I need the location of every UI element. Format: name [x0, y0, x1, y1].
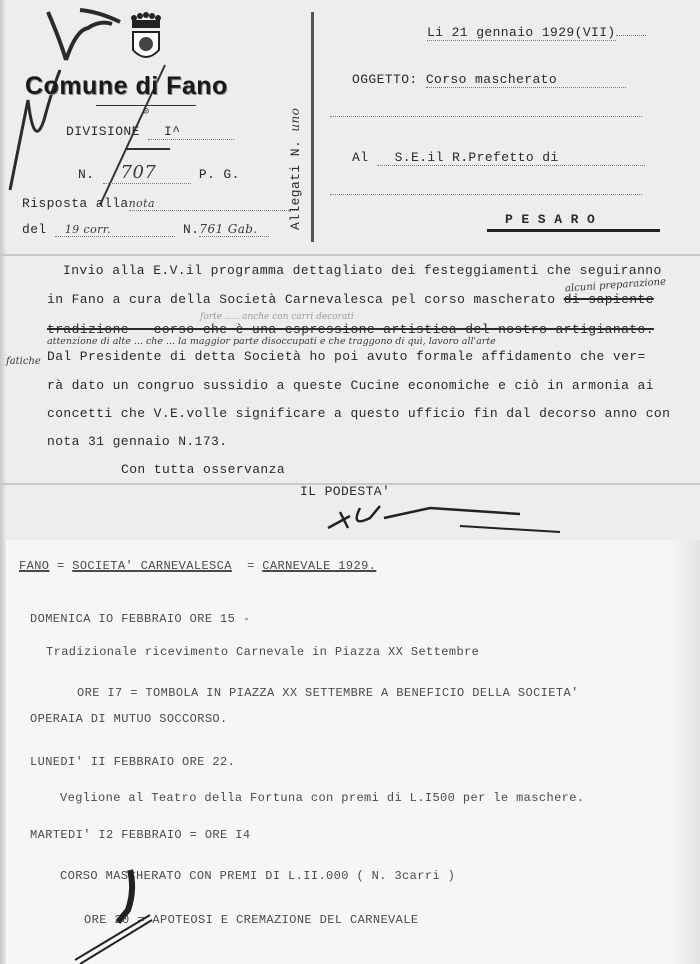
body-line-2: in Fano a cura della Società Carnevalesc…	[47, 292, 654, 307]
event-day: LUNEDI' II FEBBRAIO ORE 22.	[30, 755, 235, 769]
body-line-6: rà dato un congruo sussidio a queste Cuc…	[47, 378, 654, 393]
attachments-label: Allegati N. uno	[288, 108, 303, 230]
event-line: ORE I7 = TOMBOLA IN PIAZZA XX SETTEMBRE …	[77, 686, 579, 700]
event-line: Tradizionale ricevimento Carnevale in Pi…	[46, 645, 479, 659]
header-separator	[311, 12, 314, 242]
body-line-1: Invio alla E.V.il programma dettagliato …	[63, 263, 662, 278]
fold-line	[0, 254, 700, 256]
event-line: OPERAIA DI MUTUO SOCCORSO.	[30, 712, 228, 726]
body-line-5: Dal Presidente di detta Società ho poi a…	[47, 349, 646, 364]
date-line: Li 21 gennaio 1929(VII)	[427, 25, 646, 41]
municipality-title: Comune di Fano	[25, 72, 228, 101]
program-heading: FANO = SOCIETA' CARNEVALESCA = CARNEVALE…	[19, 559, 376, 573]
ink-blot-mark	[70, 860, 160, 964]
reply-row: Risposta allanota	[22, 196, 299, 211]
recipient-city: P E S A R O	[487, 212, 660, 232]
blank-line	[330, 116, 642, 117]
ornament-icon: ⊙	[143, 106, 149, 118]
blank-line	[330, 194, 642, 195]
body-line-8: nota 31 gennaio N.173.	[47, 434, 227, 449]
divider	[125, 148, 170, 150]
signature-title: IL PODESTA'	[300, 484, 390, 499]
of-date: 19 corr.	[55, 223, 175, 237]
of-row: del 19 corr. N.761 Gab.	[22, 222, 269, 237]
protocol-row: N. 707 P. G.	[78, 162, 240, 184]
of-number: 761 Gab.	[199, 222, 269, 237]
margin-note: fatiche	[6, 356, 41, 367]
struck-text: di sapiente	[564, 292, 654, 307]
event-line: Veglione al Teatro della Fortuna con pre…	[60, 791, 584, 805]
event-day: MARTEDI' I2 FEBBRAIO = ORE I4	[30, 828, 250, 842]
recipient-value: S.E.il R.Prefetto di	[377, 150, 645, 166]
subject-row: OGGETTO: Corso mascherato	[352, 72, 626, 88]
body-line-7: concetti che V.E.volle significare a que…	[47, 406, 670, 421]
struck-line: tradizione - corso che è una espressione…	[47, 322, 654, 337]
protocol-number: 707	[103, 162, 191, 184]
pencil-insertion: forte ..... anche con carri decorati	[200, 312, 354, 322]
signature	[320, 498, 570, 538]
division-row: DIVISIONE I^	[66, 124, 234, 140]
event-day: DOMENICA IO FEBBRAIO ORE 15 -	[30, 612, 250, 626]
division-value: I^	[148, 124, 234, 140]
recipient-row: Al S.E.il R.Prefetto di	[352, 150, 645, 166]
handwritten-line: attenzione di alte ... che ... la maggio…	[47, 336, 496, 347]
reply-value: nota	[129, 197, 299, 211]
closing: Con tutta osservanza	[121, 462, 285, 477]
subject-value: Corso mascherato	[426, 72, 626, 88]
page-right-edge	[670, 540, 700, 964]
